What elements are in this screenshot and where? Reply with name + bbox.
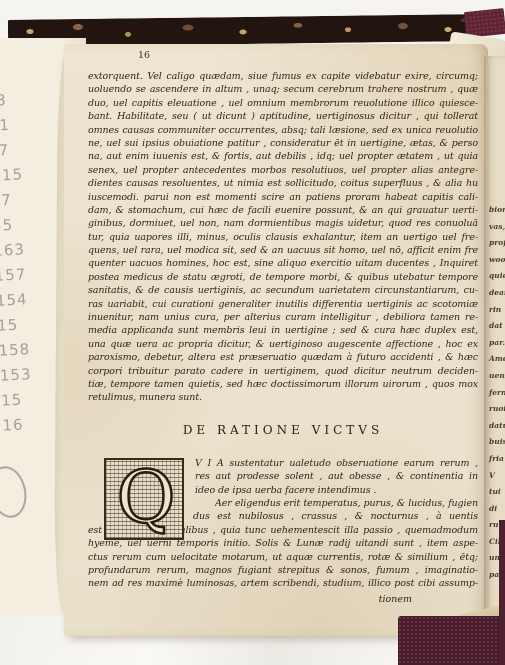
text-fragment: vas,: [484, 219, 505, 236]
pencil-number: 16: [2, 412, 37, 439]
text-line: tiæ, tempore tamen quietis, sed hæc doct…: [88, 378, 478, 391]
text-fragment: datur: [484, 418, 505, 435]
text-fragment: fria: [484, 451, 505, 468]
binding-cover-right-strip: [499, 520, 505, 665]
pencil-number: 78: [0, 87, 20, 114]
text-line: quens, uel rara, uel modica sit, sed & a…: [88, 244, 478, 257]
text-line: postea medicus de statu ægroti, de tempo…: [88, 271, 478, 284]
text-line: na, aut enim iuuenis est, & fortis, aut …: [88, 150, 478, 163]
binding-cover-bottom-right: [398, 616, 505, 665]
text-line: dientes causas resoluentes, ut nimia est…: [88, 177, 478, 190]
pencil-number: [ 1: [0, 112, 21, 139]
section-heading: DE RATIONE VICTVS: [88, 422, 478, 438]
text-fragment: uenbr: [484, 368, 505, 385]
pencil-number: 158: [0, 337, 33, 364]
text-line: ras uariabit, cui curationi generaliter …: [88, 298, 478, 311]
text-line: retulimus, munera sunt.: [88, 391, 478, 404]
text-line: media applicanda sunt membris leui in ue…: [88, 324, 478, 337]
text-line: bant. Habilitate, seu ( ut dicunt ) apti…: [88, 110, 478, 123]
text-line: nem ad res maximè luminosas, artem scrib…: [88, 577, 478, 590]
text-line: corpori tribuitur parato cadere in uerti…: [88, 365, 478, 378]
text-line: senex, uel propter antecedentes morbos r…: [88, 164, 478, 177]
text-fragment: prof: [484, 235, 505, 252]
text-fragment: Ame: [484, 351, 505, 368]
pencil-number: [ 15: [0, 162, 24, 189]
text-line: ctus rerum cum uelocitate motarum, ut aq…: [88, 551, 478, 564]
text-line: Aer eligendus erit temperatus, purus, & …: [215, 497, 478, 510]
pencil-number: 15: [0, 312, 32, 339]
text-fragment: V: [484, 468, 505, 485]
text-fragment: dat: [484, 318, 505, 335]
catchword: tionem: [88, 593, 478, 607]
text-line: uoluendo se ascendere in altum , unaq; s…: [88, 83, 478, 96]
text-line: V I A sustentatur ualetudo obseruatione …: [195, 457, 478, 470]
initial-letter: Q: [108, 458, 184, 540]
pencil-number: 15: [1, 387, 36, 414]
text-fragment: buiss: [484, 434, 505, 451]
book-page-16: 16 extorquent. Vel caligo quædam, siue f…: [64, 44, 488, 636]
text-line: una quæ uera ac propria dicitur, & uerti…: [88, 338, 478, 351]
pencil-number: 157: [0, 262, 29, 289]
text-fragment: rin: [484, 302, 505, 319]
pencil-marginalia: 78[ 117[ 155755163157154151581531516: [0, 87, 37, 438]
text-fragment: wood: [484, 252, 505, 269]
text-line: paroxismo, debetur, altera est præseruat…: [88, 351, 478, 364]
woodcut-initial-q: Q: [104, 458, 184, 540]
text-fragment: bion: [484, 202, 505, 219]
pencil-number: 55: [0, 212, 26, 239]
pencil-number: 154: [0, 287, 30, 314]
text-line: quenter uacuos homines, hoc est, sine al…: [88, 257, 478, 270]
text-fragment: ferme: [484, 385, 505, 402]
pencil-number: 153: [0, 362, 34, 389]
text-line: extorquent. Vel caligo quædam, siue fumu…: [88, 70, 478, 83]
text-line: sanitatis, & de causis uertiginis, ac se…: [88, 284, 478, 297]
text-line: inuenitur, nam unius cura, per alterius …: [88, 311, 478, 324]
text-line: profundarum rerum, magnos fugiant strepi…: [88, 564, 478, 577]
text-line: omnes causas communiter occurrentes, abs…: [88, 124, 478, 137]
text-fragment: deam: [484, 285, 505, 302]
text-line: dus est nubilosus , crassus , & nocturnu…: [193, 510, 478, 523]
text-fragment: quie: [484, 268, 505, 285]
text-line: ideo de ipsa uerba facere intendimus .: [195, 484, 478, 497]
text-fragment: di: [484, 501, 505, 518]
text-block: 16 extorquent. Vel caligo quædam, siue f…: [88, 50, 478, 607]
text-line: dam, & stomachum, cui hæc de facili euen…: [88, 204, 478, 217]
text-line: iuscemodi. parui non est momenti scire a…: [88, 191, 478, 204]
pencil-number: 17: [0, 137, 22, 164]
text-line: duo, uel capitis eleuatione , uel omnium…: [88, 97, 478, 110]
pencil-number: 163: [0, 237, 28, 264]
text-line: ginibus, dormiuet, uel non, nam dormient…: [88, 217, 478, 230]
body-paragraph-1: extorquent. Vel caligo quædam, siue fumu…: [88, 70, 478, 405]
text-fragment: ruoie: [484, 401, 505, 418]
page-number: 16: [138, 50, 478, 66]
text-line: tur, quia uapores illi, minus, oculis cl…: [88, 231, 478, 244]
text-fragment: tui: [484, 484, 505, 501]
text-line: ne, uel sui ipsius obuiatione patitur , …: [88, 137, 478, 150]
drop-cap-section: Q V I A sustentatur ualetudo obseruation…: [88, 457, 478, 607]
oval-pencil-mark: [0, 463, 31, 521]
text-fragment: par.: [484, 335, 505, 352]
text-line: res aut prodesse solent , aut obesse , &…: [195, 470, 478, 483]
pencil-number: 57: [0, 187, 25, 214]
